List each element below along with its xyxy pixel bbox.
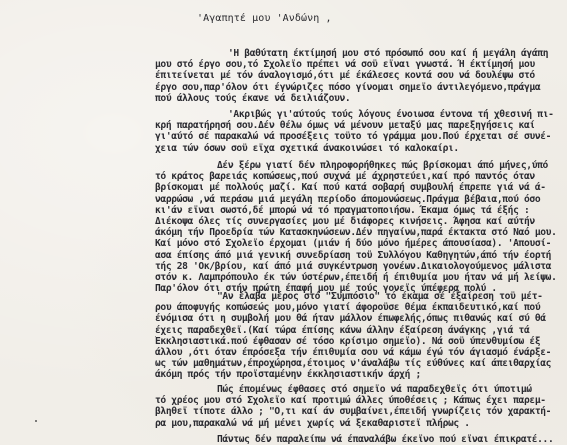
- text-line: τό χρέος μου στό Σχολεΐο καί προτιμώ άλλ…: [155, 395, 565, 406]
- paragraph-5: Πώς έπομένως έφθασες στό σημεΐο νά παραδ…: [155, 384, 565, 429]
- text-line: έχεις παραδεχθεΐ.(Καί τώρα έπίσης κάνω ά…: [155, 325, 565, 336]
- text-line: Καί μόνο στό Σχολεΐο έρχομαι (μιάν ή δύο…: [155, 238, 565, 249]
- text-line: χεια τών όσων σοΰ εΐχα σχετικά άνακοινώσ…: [155, 143, 565, 154]
- text-line: βληθεΐ τίποτε άλλο ; "Ο,τι καί άν συμβαί…: [155, 406, 565, 417]
- text-line: κρή παρατήρησή σου.Δέν θέλω όμως νά μένο…: [155, 120, 565, 131]
- text-line: Έκκλησιαστικά.πού έφθασαν σέ τόσο κρίσιμ…: [155, 336, 565, 347]
- text-line: ασα έπίσης άπό μιά γενική συνεδρίαση τοΰ…: [155, 250, 565, 261]
- text-line: τής 28 'Οκ/βρίου, καί άπό μιά συγκέντρωσ…: [155, 261, 565, 272]
- text-line: 'Η βαθύτατη έκτίμησή μου στό πρόσωπό σου…: [155, 48, 565, 59]
- paragraph-2: 'Ακριβώς γι'αύτούς τούς λόγους ένοιωσα έ…: [155, 109, 565, 154]
- text-line: πού άλλους τούς έκανε νά δειλιάζουν.: [155, 93, 565, 104]
- text-line: κι'άν εΐναι σωστό,δέ μπορώ νά τό πραγματ…: [155, 205, 565, 216]
- letter-greeting: 'Αγαπητέ μου 'Ανδώνη ,: [197, 13, 332, 24]
- paragraph-6-partial: Πάντως δέν παραλείπω νά έπαναλάβω έκεΐνο…: [155, 434, 565, 445]
- text-line: γι'αύτό σέ παρακαλώ νά προσέξεις τοΰτο τ…: [155, 131, 565, 142]
- paper-speck: [35, 420, 37, 422]
- text-line: ως τών μαθημάτων,έπροχώρησα,έτοιμος ν'άν…: [155, 358, 565, 369]
- text-line: ένόμισα ότι η συμβολή μου θά ήταν μάλλον…: [155, 313, 565, 324]
- text-line: άκόμη πρός τήν προϊσταμένην έκκλησιαστικ…: [155, 369, 565, 380]
- letter-page: 'Αγαπητέ μου 'Ανδώνη , 'Η βαθύτατη έκτίμ…: [0, 0, 567, 445]
- text-line: Πάντως δέν παραλείπω νά έπαναλάβω έκεΐνο…: [155, 434, 565, 445]
- paragraph-4: "Αν έλαβα μέρος στό "Συμπόσιο" τό έκαμα …: [155, 291, 565, 381]
- text-line: 'Ακριβώς γι'αύτούς τούς λόγους ένοιωσα έ…: [155, 109, 565, 120]
- text-line: τό κράτος βαρειάς κοπώσεως,πού συχνά μέ …: [155, 171, 565, 182]
- text-line: άκόμη τήν Προεδρία τών Κατασκηνώσεων.Δέν…: [155, 227, 565, 238]
- text-line: άλλου ,ότι όταν έπρόσεξα τήν έπιθυμία σο…: [155, 347, 565, 358]
- text-line: έργο σου,παρ'όλον ότι έγνώριζες πόσο γίν…: [155, 82, 565, 93]
- text-line: Πώς έπομένως έφθασες στό σημεΐο νά παραδ…: [155, 384, 565, 395]
- text-line: βρίσκομαι μέ πολλούς μαζί. Καί πού κατά …: [155, 182, 565, 193]
- paragraph-3: Δέν ξέρω γιατί δέν πληροφορήθηκες πώς βρ…: [155, 160, 565, 294]
- text-line: ρου άποφυγής κοπώσεώς μου,μόνο γιατί άφο…: [155, 302, 565, 313]
- text-line: μου στό έργο σου,τό Σχολεΐο πρέπει νά σο…: [155, 59, 565, 70]
- text-line: "Αν έλαβα μέρος στό "Συμπόσιο" τό έκαμα …: [155, 291, 565, 302]
- text-line: στόν κ. Λαμπρόπουλο έκ τών ύστέρων,έπειδ…: [155, 272, 565, 283]
- text-line: ρα μου,παρακαλώ νά μή μένει χωρίς νά ξεκ…: [155, 418, 565, 429]
- text-line: ναρρώσω ,νά περάσω μιά μεγάλη περίοδο άπ…: [155, 194, 565, 205]
- text-line: Διέκοψα όλες τίς συνεργασίες μου μέ διάφ…: [155, 216, 565, 227]
- text-line: Δέν ξέρω γιατί δέν πληροφορήθηκες πώς βρ…: [155, 160, 565, 171]
- paragraph-1: 'Η βαθύτατη έκτίμησή μου στό πρόσωπό σου…: [155, 48, 565, 104]
- text-line: έπιτείνεται μέ τόν άναλογισμό,ότι μέ έκά…: [155, 70, 565, 81]
